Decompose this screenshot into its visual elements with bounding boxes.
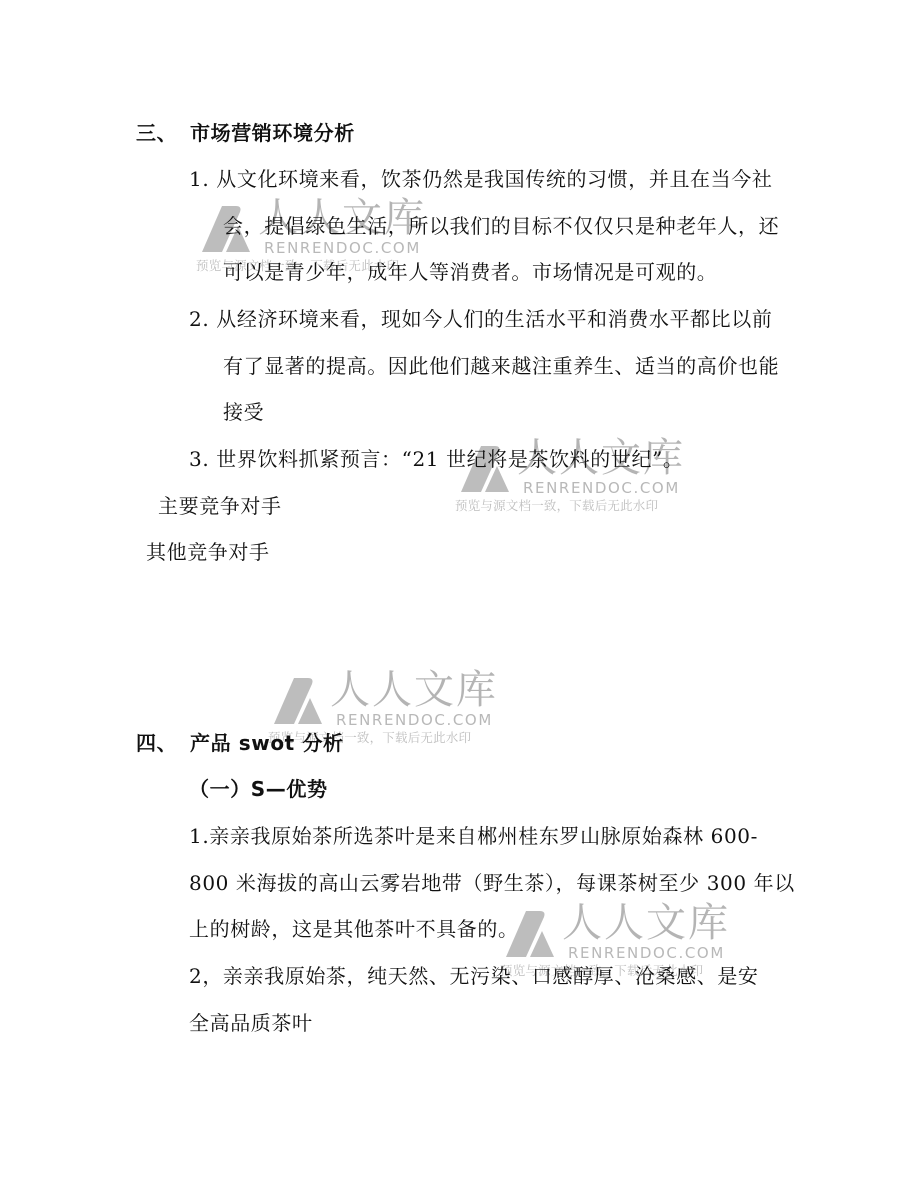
paragraph-line: 全高品质茶叶 [189, 1011, 313, 1035]
subsection-heading: （一）S—优势 [189, 777, 328, 801]
paragraph-line: 3. 世界饮料抓紧预言：“21 世纪将是茶饮料的世纪”。 [189, 447, 684, 471]
watermark-brand-en: RENRENDOC.COM [336, 712, 493, 728]
paragraph-line: 2. 从经济环境来看，现如今人们的生活水平和消费水平都比以前 [189, 307, 772, 331]
section-number: 四、 [136, 731, 190, 755]
watermark-note: 预览与源文档一致，下载后无此水印 [455, 498, 658, 514]
watermark-brand-cn: 人人文库 [562, 899, 730, 947]
paragraph-line: 800 米海拔的高山云雾岩地带（野生茶），每课茶树至少 300 年以 [189, 871, 795, 895]
paragraph-line: 接受 [223, 400, 264, 424]
paragraph-line: 会，提倡绿色生活，所以我们的目标不仅仅只是种老年人，还 [223, 214, 779, 238]
watermark-brand-en: RENRENDOC.COM [523, 480, 680, 496]
paragraph-line: 有了显著的提高。因此他们越来越注重养生、适当的高价也能 [223, 354, 779, 378]
watermark-logo-icon [268, 672, 324, 728]
paragraph-line: 可以是青少年，成年人等消费者。市场情况是可观的。 [223, 260, 717, 284]
section-heading: 四、产品 swot 分析 [136, 731, 344, 755]
watermark-brand-en: RENRENDOC.COM [264, 240, 421, 256]
section-title: 产品 swot 分析 [190, 731, 344, 755]
watermark-brand-en: RENRENDOC.COM [568, 945, 725, 961]
paragraph-line: 2，亲亲我原始茶，纯天然、无污染、口感醇厚、沧桑感、是安 [189, 964, 759, 988]
paragraph-line: 1.亲亲我原始茶所选茶叶是来自郴州桂东罗山脉原始森林 600- [189, 824, 758, 848]
paragraph-line: 1. 从文化环境来看，饮茶仍然是我国传统的习惯，并且在当今社 [189, 167, 772, 191]
competitors-other-label: 其他竞争对手 [146, 540, 270, 564]
section-heading: 三、市场营销环境分析 [136, 121, 355, 145]
paragraph-line: 上的树龄，这是其他茶叶不具备的。 [189, 917, 519, 941]
section-title: 市场营销环境分析 [190, 121, 355, 145]
section-number: 三、 [136, 121, 190, 145]
competitors-main-label: 主要竞争对手 [158, 494, 282, 518]
watermark-brand-cn: 人人文库 [330, 666, 498, 714]
